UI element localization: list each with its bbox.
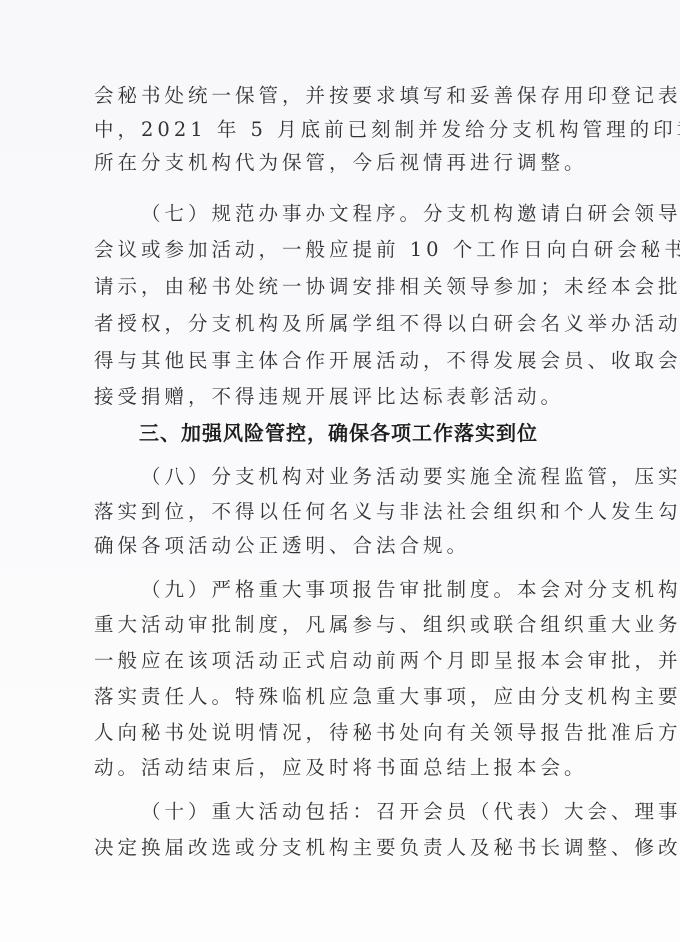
- section-3-heading: 三、加强风险管控，确保各项工作落实到位: [139, 419, 538, 447]
- text-line: 会秘书处统一保管，并按要求填写和妥善保存用印登记表。其: [94, 83, 590, 109]
- text-line: 动。活动结束后，应及时将书面总结上报本会。: [94, 755, 590, 781]
- text-line: （七）规范办事办文程序。分支机构邀请白研会领导出席: [141, 201, 590, 227]
- text-line: 一般应在该项活动正式启动前两个月即呈报本会审批，并明确: [94, 648, 590, 674]
- text-line: 落实到位，不得以任何名义与非法社会组织和个人发生勾连，: [94, 499, 590, 525]
- text-line: 落实责任人。特殊临机应急重大事项，应由分支机构主要负责: [94, 684, 590, 710]
- text-line: 者授权，分支机构及所属学组不得以白研会名义举办活动，不: [94, 311, 590, 337]
- text-line: （十）重大活动包括：召开会员（代表）大会、理事会，: [141, 799, 590, 825]
- text-line: （九）严格重大事项报告审批制度。本会对分支机构实行: [141, 577, 590, 603]
- text-line: 重大活动审批制度，凡属参与、组织或联合组织重大业务活动，: [94, 612, 590, 638]
- text-line: 人向秘书处说明情况，待秘书处向有关领导报告批准后方可启: [94, 720, 590, 746]
- text-line: 确保各项活动公正透明、合法合规。: [94, 533, 590, 559]
- text-line: 会议或参加活动，一般应提前 10 个工作日向白研会秘书处上报: [94, 237, 590, 263]
- text-line: 请示，由秘书处统一协调安排相关领导参加；未经本会批准或: [94, 274, 590, 300]
- text-line: 得与其他民事主体合作开展活动，不得发展会员、收取会费、: [94, 348, 590, 374]
- text-line: （八）分支机构对业务活动要实施全流程监管，压实责任，: [141, 464, 590, 490]
- text-line: 接受捐赠，不得违规开展评比达标表彰活动。: [94, 384, 590, 410]
- text-line: 所在分支机构代为保管，今后视情再进行调整。: [94, 150, 590, 176]
- text-line: 决定换届改选或分支机构主要负责人及秘书长调整、修改管理: [94, 835, 590, 861]
- text-line: 中，2021 年 5 月底前已刻制并发给分支机构管理的印章，暂由: [94, 117, 590, 143]
- document-page: 会秘书处统一保管，并按要求填写和妥善保存用印登记表。其 中，2021 年 5 月…: [0, 0, 680, 942]
